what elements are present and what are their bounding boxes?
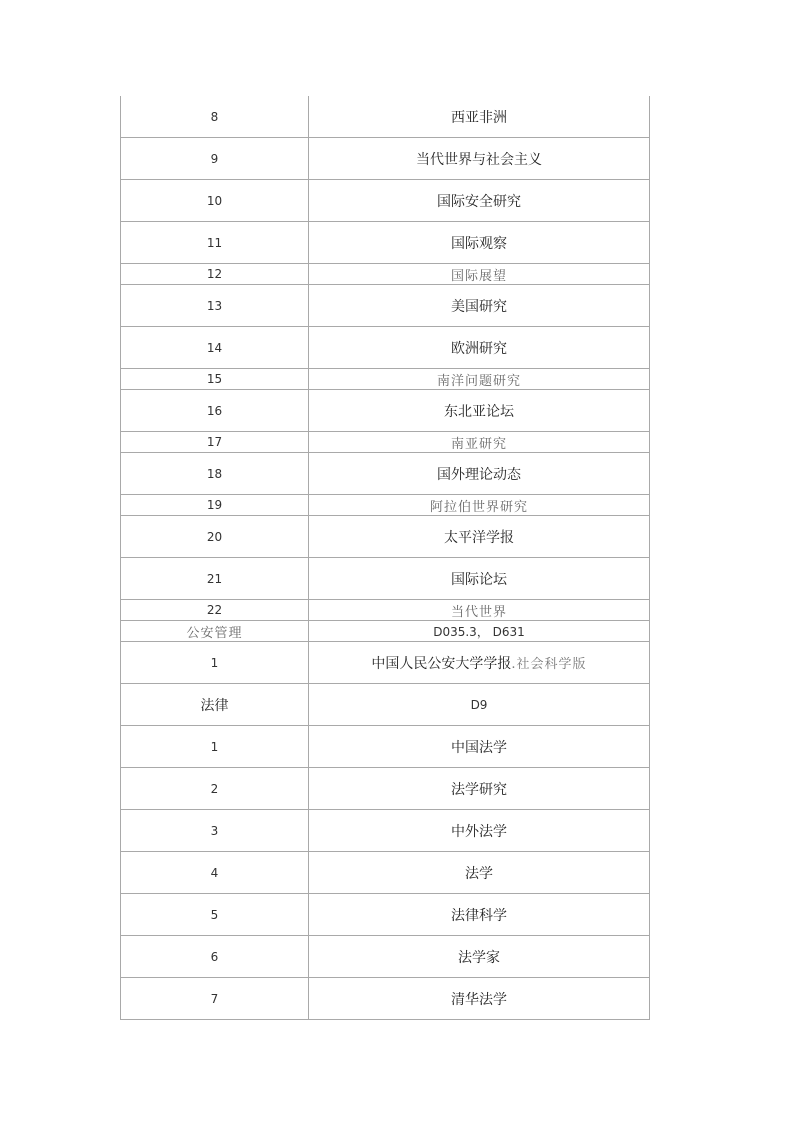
journal-name-main: 中国人民公安大学学报 [371,656,511,672]
journal-name: 中国人民公安大学学报.社会科学版 [309,642,650,684]
journal-list-table: 8 西亚非洲 9 当代世界与社会主义 10 国际安全研究 11 国际观察 12 … [120,96,650,1020]
table-row: 8 西亚非洲 [121,96,650,138]
table-row: 14 欧洲研究 [121,327,650,369]
row-number: 22 [121,600,309,621]
row-number: 1 [121,726,309,768]
row-number: 7 [121,978,309,1020]
row-number: 11 [121,222,309,264]
table-row: 15 南洋问题研究 [121,369,650,390]
row-number: 6 [121,936,309,978]
row-number: 8 [121,96,309,138]
row-number: 18 [121,453,309,495]
table-row: 9 当代世界与社会主义 [121,138,650,180]
journal-name: 法学 [309,852,650,894]
category-row: 法律 D9 [121,684,650,726]
journal-name: 法学研究 [309,768,650,810]
row-number: 5 [121,894,309,936]
table-row: 7 清华法学 [121,978,650,1020]
table-row: 1 中国法学 [121,726,650,768]
journal-name: 清华法学 [309,978,650,1020]
table-row: 20 太平洋学报 [121,516,650,558]
row-number: 16 [121,390,309,432]
table-row: 19 阿拉伯世界研究 [121,495,650,516]
row-number: 9 [121,138,309,180]
table-row: 13 美国研究 [121,285,650,327]
journal-name: 美国研究 [309,285,650,327]
table-row: 1 中国人民公安大学学报.社会科学版 [121,642,650,684]
journal-name: 法学家 [309,936,650,978]
journal-name-suffix: .社会科学版 [511,657,586,672]
table-row: 2 法学研究 [121,768,650,810]
journal-name: 法律科学 [309,894,650,936]
journal-name: 太平洋学报 [309,516,650,558]
journal-name: 阿拉伯世界研究 [309,495,650,516]
journal-name: 当代世界 [309,600,650,621]
row-number: 3 [121,810,309,852]
row-number: 21 [121,558,309,600]
journal-name: 东北亚论坛 [309,390,650,432]
journal-name: 当代世界与社会主义 [309,138,650,180]
category-label: 公安管理 [121,621,309,642]
journal-name: 国际观察 [309,222,650,264]
table-row: 10 国际安全研究 [121,180,650,222]
journal-name: 南洋问题研究 [309,369,650,390]
row-number: 12 [121,264,309,285]
table-row: 4 法学 [121,852,650,894]
row-number: 10 [121,180,309,222]
table-row: 22 当代世界 [121,600,650,621]
journal-name: 西亚非洲 [309,96,650,138]
classification-code: D035.3， D631 [309,621,650,642]
table-row: 11 国际观察 [121,222,650,264]
table-row: 21 国际论坛 [121,558,650,600]
table-row: 6 法学家 [121,936,650,978]
row-number: 17 [121,432,309,453]
row-number: 19 [121,495,309,516]
table-row: 3 中外法学 [121,810,650,852]
journal-name: 南亚研究 [309,432,650,453]
row-number: 1 [121,642,309,684]
journal-name: 国外理论动态 [309,453,650,495]
journal-name: 国际安全研究 [309,180,650,222]
table-row: 12 国际展望 [121,264,650,285]
row-number: 20 [121,516,309,558]
table-row: 16 东北亚论坛 [121,390,650,432]
category-row: 公安管理 D035.3， D631 [121,621,650,642]
table-row: 17 南亚研究 [121,432,650,453]
row-number: 2 [121,768,309,810]
journal-name: 国际展望 [309,264,650,285]
journal-name: 中外法学 [309,810,650,852]
row-number: 15 [121,369,309,390]
row-number: 13 [121,285,309,327]
journal-name: 中国法学 [309,726,650,768]
document-page: 8 西亚非洲 9 当代世界与社会主义 10 国际安全研究 11 国际观察 12 … [0,0,793,1122]
table-row: 5 法律科学 [121,894,650,936]
table-row: 18 国外理论动态 [121,453,650,495]
category-label: 法律 [121,684,309,726]
classification-code: D9 [309,684,650,726]
row-number: 14 [121,327,309,369]
row-number: 4 [121,852,309,894]
journal-name: 欧洲研究 [309,327,650,369]
journal-name: 国际论坛 [309,558,650,600]
